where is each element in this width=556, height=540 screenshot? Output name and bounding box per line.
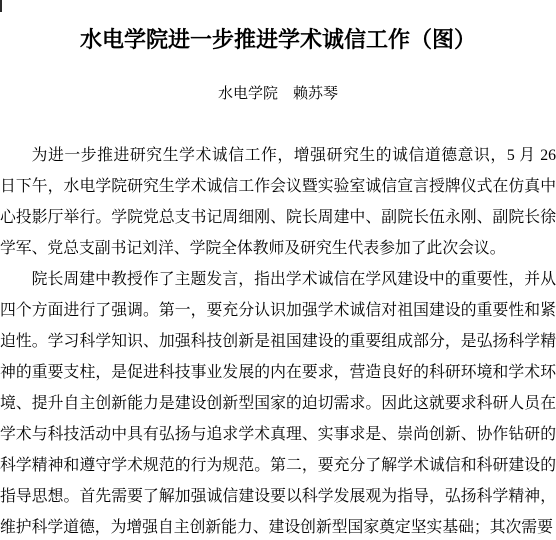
document-page: 水电学院进一步推进学术诚信工作（图） 水电学院 赖苏琴 为进一步推进研究生学术诚…	[0, 0, 556, 540]
paragraph: 院长周建中教授作了主题发言，指出学术诚信在学风建设中的重要性，并从四个方面进行了…	[0, 264, 556, 540]
article-body: 为进一步推进研究生学术诚信工作，增强研究生的诚信道德意识，5 月 26 日下午，…	[0, 140, 556, 540]
article-title: 水电学院进一步推进学术诚信工作（图）	[0, 26, 556, 54]
page-edge-artifact	[0, 0, 2, 12]
article-byline: 水电学院 赖苏琴	[0, 84, 556, 104]
paragraph: 为进一步推进研究生学术诚信工作，增强研究生的诚信道德意识，5 月 26 日下午，…	[0, 140, 556, 264]
